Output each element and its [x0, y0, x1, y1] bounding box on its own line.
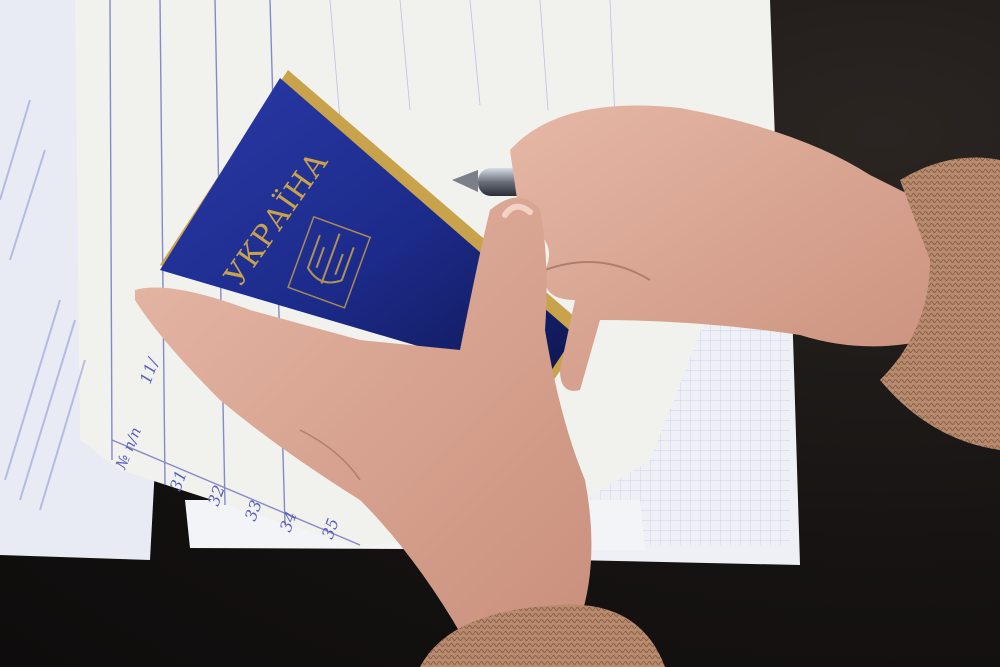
photo-illustration: № п/п 11/ 31 32 33 34 35 УКРАЇНА — [0, 0, 1000, 667]
photo-scene: № п/п 11/ 31 32 33 34 35 УКРАЇНА — [0, 0, 1000, 667]
